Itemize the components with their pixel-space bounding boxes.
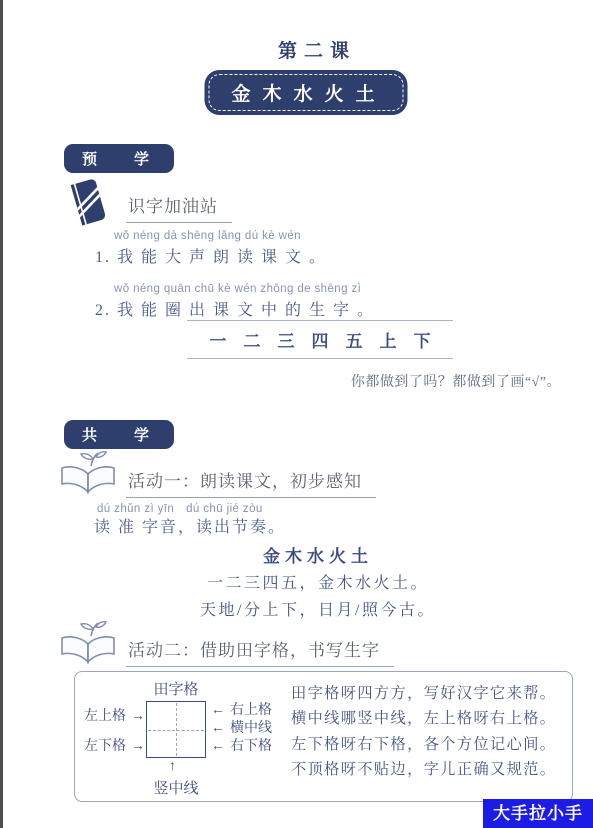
lesson-title-box: 金木水火土 [204,70,407,115]
label-text: 右下格 [230,739,272,754]
tianzige-rhyme: 田字格呀四方方，写好汉字它来帮。 横中线哪竖中线，左上格呀右上格。 左下格呀右下… [291,681,556,783]
arrow-left-icon [211,703,230,718]
new-characters-row: 一 二 三 四 五 上 下 [187,327,453,352]
preview-section-badge: 预 学 [64,144,174,173]
label-text: 左下格 [84,739,126,754]
poem-title: 金木水火土 [263,542,373,567]
ruled-line-top [187,320,453,321]
rhyme-line-4: 不顶格呀不贴边，字儿正确又规范。 [291,757,556,782]
arrow-up-glyph [169,759,176,774]
arrow-left-icon [211,721,230,736]
label-horizontal-midline: 横中线 [211,717,272,737]
item1-pinyin: wǒ néng dà shēng lǎng dú kè wén [114,230,301,242]
label-lower-right: 右下格 [211,735,272,755]
poem-line-1: 一二三四五，金木水火土。 [207,570,429,593]
item2-sentence: 我 能 圈 出 课 文 中 的 生 字 。 [117,302,375,319]
label-upper-right: 右上格 [211,699,272,719]
check-note: 你都做到了吗？都做到了画“√”。 [351,371,561,391]
item2-text: 2. 我 能 圈 出 课 文 中 的 生 字 。 [95,297,375,320]
notebook-icon [66,176,110,228]
activity2-title: 活动二：借助田字格，书写生字 [126,636,394,667]
item1-number: 1. [95,249,111,266]
tianzige-grid [146,701,206,758]
arrow-left-icon [211,739,230,754]
diagram-top-label: 田字格 [153,678,198,699]
item1-text: 1. 我 能 大 声 朗 读 课 文 。 [95,244,327,267]
label-text: 右上格 [230,703,272,718]
station-title: 识字加油站 [126,192,232,223]
label-lower-left: 左下格 [84,735,145,755]
lesson-number: 第二课 [278,36,356,63]
label-upper-left: 左上格 [84,705,145,725]
arrow-right-icon [126,739,145,754]
activity1-title: 活动一：朗读课文，初步感知 [126,467,376,498]
arrow-right-icon [126,709,145,724]
textbook-page: 第二课 金木水火土 预 学 识字加油站 wǒ néng dà shēng lǎn… [0,0,593,828]
colearn-section-badge: 共 学 [64,420,174,449]
item2-number: 2. [95,302,111,319]
page-scan-edge [0,0,3,828]
lesson-title: 金木水火土 [208,74,403,111]
item1-sentence: 我 能 大 声 朗 读 课 文 。 [117,249,327,266]
publisher-watermark: 大手拉小手 [483,799,593,828]
label-text: 横中线 [230,721,272,736]
label-vertical-midline: 竖中线 [153,777,198,798]
item2-pinyin: wǒ néng quān chū kè wén zhōng de shēng z… [114,283,361,295]
poem-line-2: 天地/分上下，日月/照今古。 [200,597,436,620]
rhyme-line-3: 左下格呀右下格，各个方位记心间。 [291,732,556,757]
activity1-instruction: 读 准 字音，读出节奏。 [94,514,286,537]
open-book-sprout-icon [58,620,118,666]
open-book-sprout-icon [58,450,118,496]
vertical-midline [176,703,177,756]
arrow-up-icon [169,759,176,775]
rhyme-line-2: 横中线哪竖中线，左上格呀右上格。 [291,706,556,731]
label-text: 左上格 [84,709,126,724]
ruled-line-bottom [187,358,453,359]
rhyme-line-1: 田字格呀四方方，写好汉字它来帮。 [291,681,556,706]
